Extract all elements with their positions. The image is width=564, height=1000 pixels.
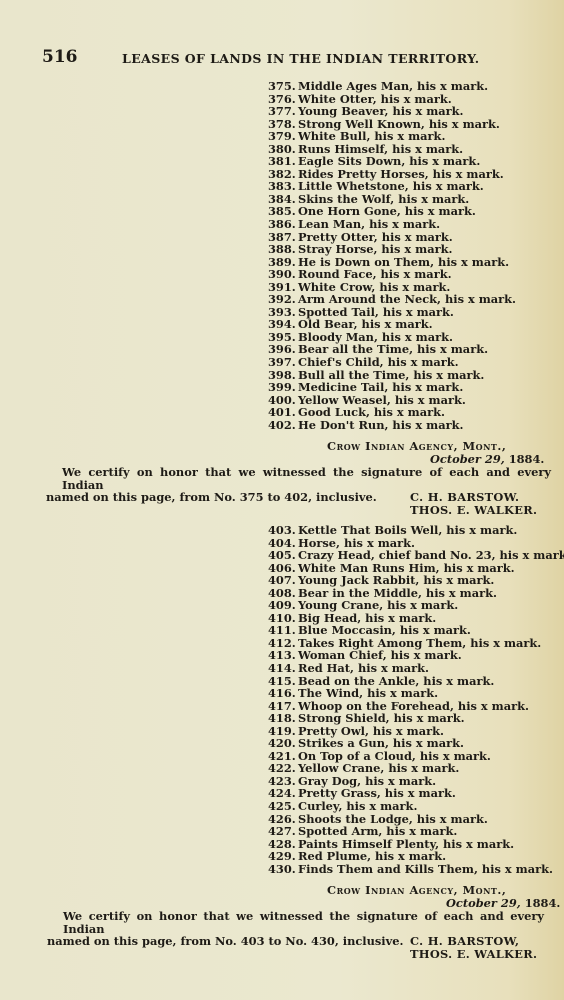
page-number: 516	[42, 47, 78, 67]
document-page: 516 LEASES OF LANDS IN THE INDIAN TERRIT…	[0, 0, 564, 1000]
entry-text: He Don't Run, his x mark.	[298, 418, 463, 432]
entry-number: 414.	[268, 662, 298, 675]
entry-number: 430.	[268, 863, 298, 876]
entry-number: 427.	[268, 825, 298, 838]
entry-number: 429.	[268, 850, 298, 863]
entry-number: 402.	[268, 419, 298, 432]
entry-text: Finds Them and Kills Them, his x mark.	[298, 862, 553, 876]
date-month-day-1: October 29,	[430, 452, 505, 466]
page-header: 516 LEASES OF LANDS IN THE INDIAN TERRIT…	[42, 47, 542, 69]
signatures-1: C. H. BARSTOW. THOS. E. WALKER.	[410, 491, 537, 516]
signatory-2-1: C. H. BARSTOW,	[410, 935, 537, 948]
entry-number: 407.	[268, 574, 298, 587]
signatory-1-2: THOS. E. WALKER.	[410, 504, 537, 517]
entry-number: 397.	[268, 356, 298, 369]
running-title: LEASES OF LANDS IN THE INDIAN TERRITORY.	[122, 51, 480, 66]
certification-2-line-2: named on this page, from No. 403 to No. …	[47, 934, 403, 948]
date-month-day-2: October 29,	[446, 896, 521, 910]
signatory-list-1: 375.Middle Ages Man, his x mark.376.Whit…	[268, 80, 516, 431]
entry-number: 375.	[268, 80, 298, 93]
agency-date-1: October 29, 1884.	[430, 452, 544, 466]
entry-number: 386.	[268, 218, 298, 231]
entry-number: 420.	[268, 737, 298, 750]
list-item: 430.Finds Them and Kills Them, his x mar…	[268, 863, 564, 876]
entry-number: 416.	[268, 687, 298, 700]
entry-number: 405.	[268, 549, 298, 562]
entry-number: 399.	[268, 381, 298, 394]
entry-number: 379.	[268, 130, 298, 143]
entry-number: 418.	[268, 712, 298, 725]
entry-number: 377.	[268, 105, 298, 118]
entry-number: 388.	[268, 243, 298, 256]
entry-number: 409.	[268, 599, 298, 612]
signatory-list-2: 403.Kettle That Boils Well, his x mark.4…	[268, 524, 564, 875]
agency-date-2: October 29, 1884.	[446, 896, 560, 910]
signatory-2-2: THOS. E. WALKER.	[410, 948, 537, 961]
agency-place-1: Crow Indian Agency, Mont.,	[327, 439, 506, 453]
list-item: 402.He Don't Run, his x mark.	[268, 419, 516, 432]
date-year-2: 1884.	[525, 896, 561, 910]
certification-1-line-1: We certify on honor that we witnessed th…	[46, 466, 551, 491]
date-year-1: 1884.	[509, 452, 545, 466]
entry-number: 403.	[268, 524, 298, 537]
signatures-2: C. H. BARSTOW, THOS. E. WALKER.	[410, 935, 537, 960]
certification-1-line-2: named on this page, from No. 375 to 402,…	[46, 490, 377, 504]
entry-number: 381.	[268, 155, 298, 168]
entry-number: 390.	[268, 268, 298, 281]
entry-number: 401.	[268, 406, 298, 419]
signatory-1-1: C. H. BARSTOW.	[410, 491, 537, 504]
certification-2-line-1: We certify on honor that we witnessed th…	[47, 910, 544, 935]
entry-number: 425.	[268, 800, 298, 813]
entry-number: 392.	[268, 293, 298, 306]
agency-place-2: Crow Indian Agency, Mont.,	[327, 883, 506, 897]
